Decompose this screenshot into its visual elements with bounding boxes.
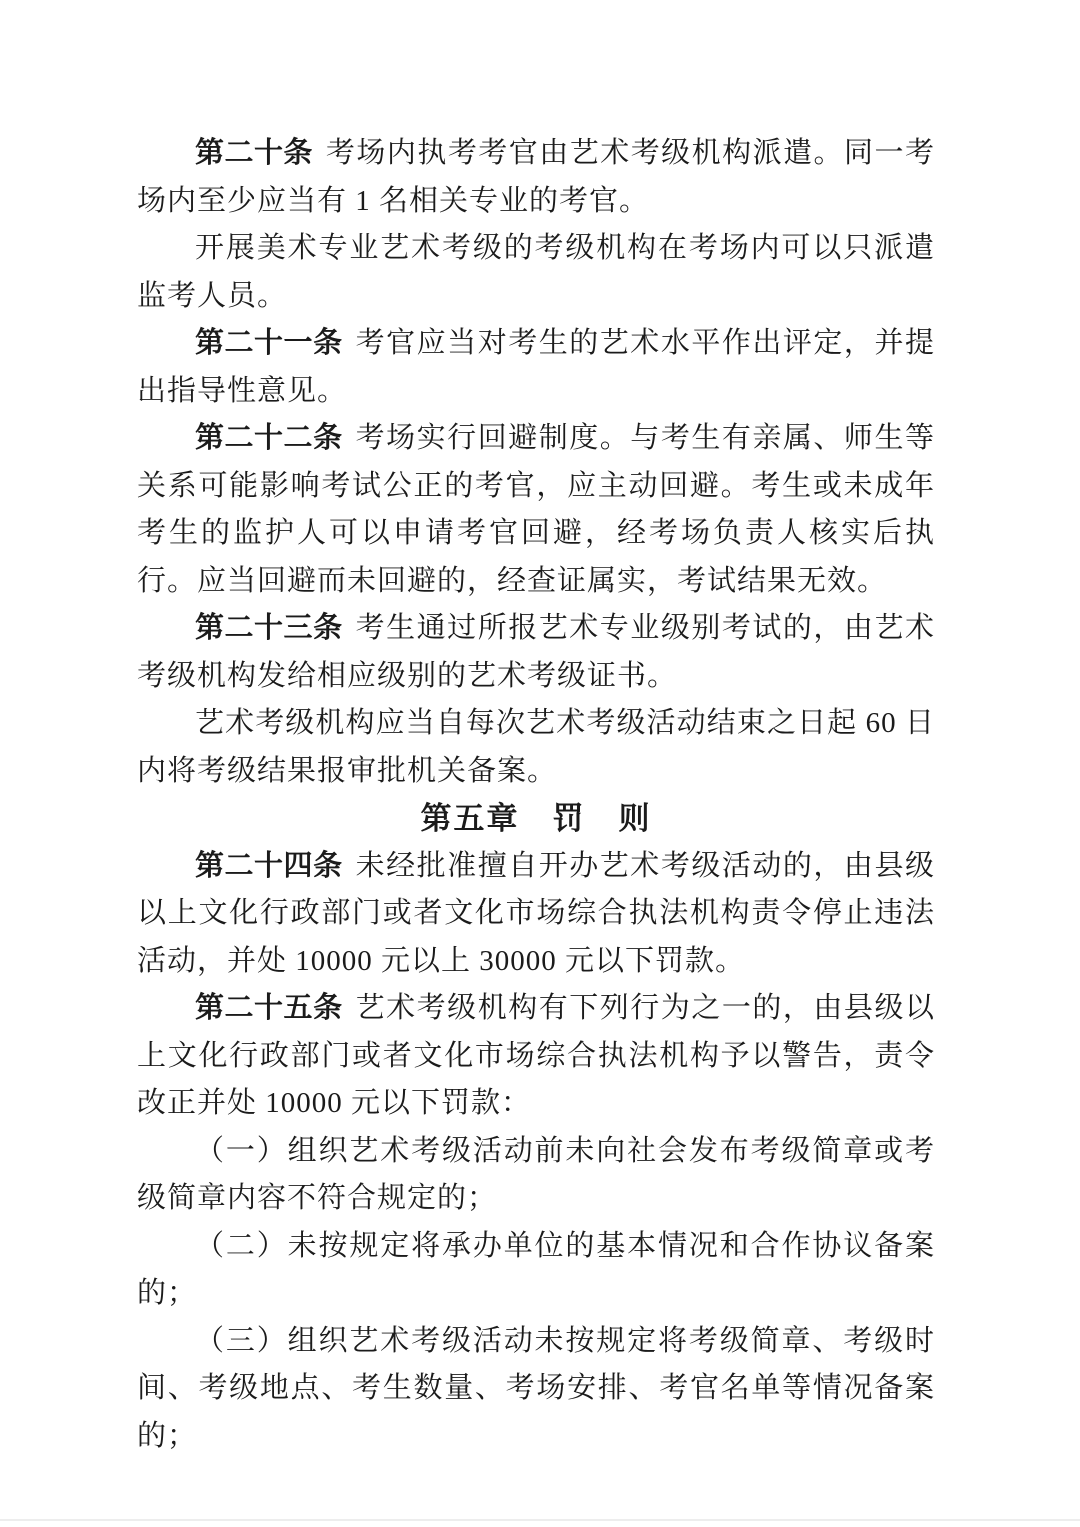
article-number: 第二十一条	[195, 327, 343, 359]
paragraph-text: （三）组织艺术考级活动未按规定将考级简章、考级时间、考级地点、考生数量、考场安排…	[137, 1325, 935, 1452]
article-paragraph: 第二十一条考官应当对考生的艺术水平作出评定，并提出指导性意见。	[137, 320, 935, 415]
article-number: 第二十四条	[195, 850, 343, 882]
paragraph-text: （一）组织艺术考级活动前未向社会发布考级简章或考级简章内容不符合规定的；	[137, 1135, 935, 1215]
article-paragraph: 第二十三条考生通过所报艺术专业级别考试的，由艺术考级机构发给相应级别的艺术考级证…	[137, 605, 935, 700]
paragraph-text: （二）未按规定将承办单位的基本情况和合作协议备案的；	[137, 1230, 935, 1310]
list-item-paragraph: （二）未按规定将承办单位的基本情况和合作协议备案的；	[137, 1223, 935, 1318]
article-paragraph: 第二十五条艺术考级机构有下列行为之一的，由县级以上文化行政部门或者文化市场综合执…	[137, 985, 935, 1128]
plain-paragraph: 开展美术专业艺术考级的考级机构在考场内可以只派遣监考人员。	[137, 225, 935, 320]
article-paragraph: 第二十二条考场实行回避制度。与考生有亲属、师生等关系可能影响考试公正的考官，应主…	[137, 415, 935, 605]
paragraph-text: 开展美术专业艺术考级的考级机构在考场内可以只派遣监考人员。	[137, 232, 935, 312]
page-bottom-edge	[0, 1519, 1080, 1521]
document-body: 第二十条考场内执考考官由艺术考级机构派遣。同一考场内至少应当有 1 名相关专业的…	[137, 130, 935, 1460]
article-number: 第二十二条	[195, 422, 343, 454]
article-number: 第二十五条	[195, 992, 343, 1024]
chapter-heading: 第五章 罚 则	[137, 795, 935, 843]
paragraph-text: 艺术考级机构应当自每次艺术考级活动结束之日起 60 日内将考级结果报审批机关备案…	[137, 707, 935, 787]
chapter-heading-text: 第五章 罚 则	[421, 801, 652, 836]
document-page: 第二十条考场内执考考官由艺术考级机构派遣。同一考场内至少应当有 1 名相关专业的…	[0, 0, 1080, 1527]
article-paragraph: 第二十四条未经批准擅自开办艺术考级活动的，由县级以上文化行政部门或者文化市场综合…	[137, 843, 935, 986]
article-number: 第二十条	[195, 137, 313, 169]
plain-paragraph: 艺术考级机构应当自每次艺术考级活动结束之日起 60 日内将考级结果报审批机关备案…	[137, 700, 935, 795]
article-number: 第二十三条	[195, 612, 343, 644]
list-item-paragraph: （三）组织艺术考级活动未按规定将考级简章、考级时间、考级地点、考生数量、考场安排…	[137, 1318, 935, 1461]
article-paragraph: 第二十条考场内执考考官由艺术考级机构派遣。同一考场内至少应当有 1 名相关专业的…	[137, 130, 935, 225]
list-item-paragraph: （一）组织艺术考级活动前未向社会发布考级简章或考级简章内容不符合规定的；	[137, 1128, 935, 1223]
